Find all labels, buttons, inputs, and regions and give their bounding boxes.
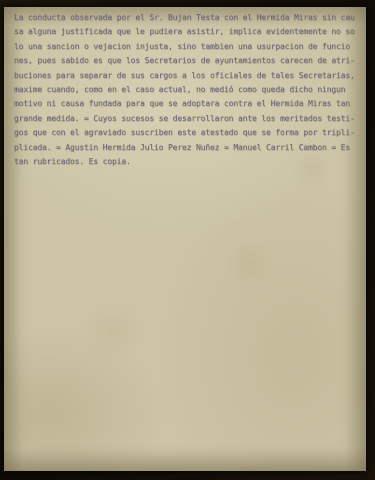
- text-line: grande medida. = Cuyos sucesos se desarr…: [14, 112, 364, 126]
- text-line: La conducta observada por el Sr. Bujan T…: [14, 11, 364, 25]
- text-line: lo una sancion o vejacion injusta, sino …: [14, 40, 364, 54]
- text-line: nes, pues sabido es que los Secretarios …: [14, 54, 364, 68]
- typewritten-text-block: La conducta observada por el Sr. Bujan T…: [14, 11, 364, 169]
- text-line: sa alguna justificada que le pudiera asi…: [14, 25, 364, 39]
- text-line: maxime cuando, como en el caso actual, n…: [14, 83, 364, 97]
- text-line: buciones para separar de sus cargos a lo…: [14, 69, 364, 83]
- text-line: plicada. = Agustin Hermida Julio Perez N…: [14, 141, 364, 155]
- scan-frame: La conducta observada por el Sr. Bujan T…: [0, 0, 375, 480]
- document-page: La conducta observada por el Sr. Bujan T…: [4, 7, 366, 471]
- text-line: gos que con el agraviado suscriben este …: [14, 126, 364, 140]
- text-line: tan rubricados. Es copia.: [14, 155, 364, 169]
- text-line: motivo ni causa fundada para que se adop…: [14, 97, 364, 111]
